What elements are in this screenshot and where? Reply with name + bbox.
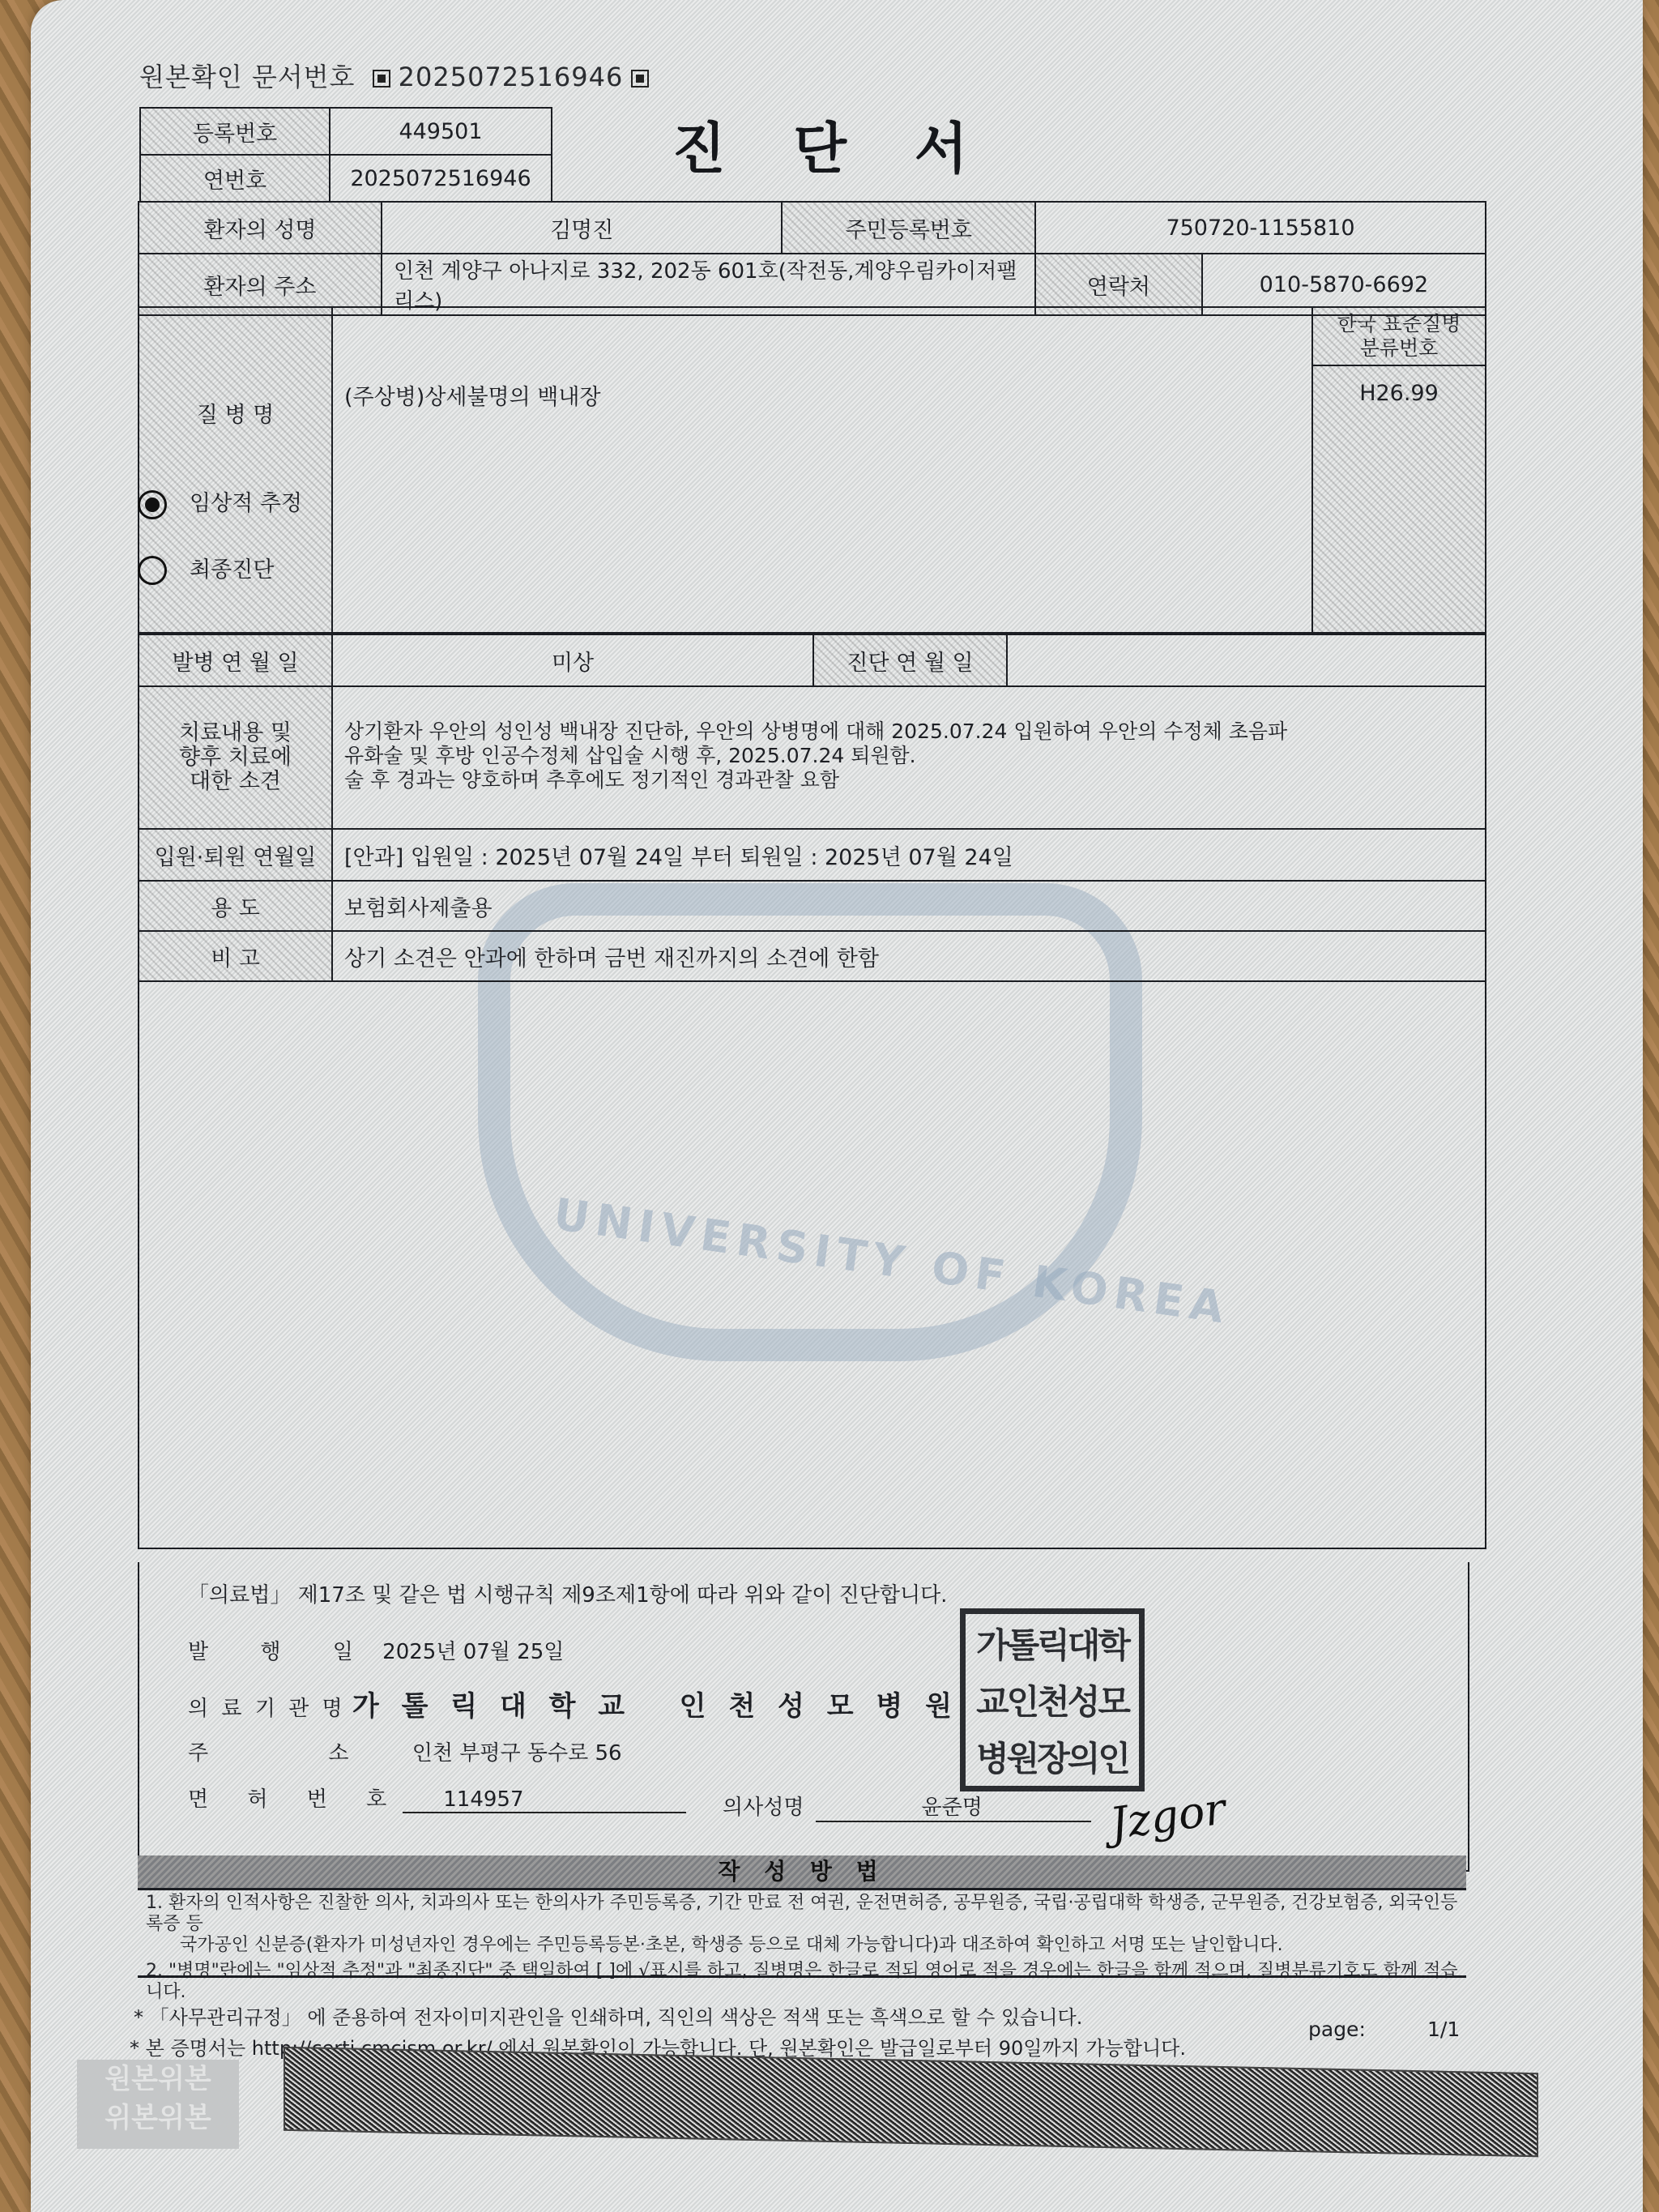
kcd-code-header: 한국 표준질병 분류번호 — [1312, 307, 1486, 365]
blank-area — [139, 981, 1486, 1548]
institution-address: 인천 부평구 동수로 56 — [412, 1741, 622, 1766]
radio-selected-icon — [138, 490, 167, 519]
divider — [138, 1975, 1466, 1978]
patient-name-value: 김명진 — [382, 202, 783, 254]
treatment-line: 술 후 경과는 양호하며 추후에도 정기적인 경과관찰 요함 — [344, 768, 1480, 792]
diagnosis-table: 질 병 명 임상적 추정 최종진단 (주상병)상세불명의 백내장 한국 표준질병… — [138, 306, 1486, 634]
reg-no-label: 등록번호 — [140, 108, 330, 155]
purpose-value: 보험회사제출용 — [332, 881, 1486, 931]
kcd-code-value: H26.99 — [1312, 365, 1486, 633]
serial-label: 연번호 — [140, 155, 330, 202]
license-row: 면 허 번 호114957 — [188, 1783, 686, 1813]
onset-date-value: 미상 — [332, 634, 813, 686]
diagnosis-label: 질 병 명 — [144, 397, 326, 429]
treatment-line: 상기환자 우안의 성인성 백내장 진단하, 우안의 상병명에 대해 2025.0… — [344, 720, 1480, 744]
diagnosis-date-value — [1007, 634, 1486, 686]
remarks-value: 상기 소견은 안과에 한하며 금번 재진까지의 소견에 한함 — [332, 931, 1486, 981]
dates-table: 발병 연 월 일 미상 진단 연 월 일 — [138, 634, 1486, 687]
instructions-title: 작 성 방 법 — [138, 1855, 1466, 1888]
rrn-value: 750720-1155810 — [1035, 202, 1486, 254]
copy-guard-mark: 원본위본 위본위본 — [77, 2060, 239, 2149]
patient-name-label: 환자의 성명 — [139, 202, 382, 254]
treatment-label: 치료내용 및 향후 치료에 대한 소견 — [139, 686, 332, 829]
treatment-opinion: 상기환자 우안의 성인성 백내장 진단하, 우안의 상병명에 대해 2025.0… — [332, 686, 1486, 829]
remarks-label: 비 고 — [139, 931, 332, 981]
legal-statement: 「의료법」 제17조 및 같은 법 시행규칙 제9조제1항에 따라 위와 같이 … — [188, 1578, 947, 1608]
instructions-list: 1. 환자의 인적사항은 진찰한 의사, 치과의사 또는 한의사가 주민등록증,… — [146, 1893, 1474, 2003]
instruction-item: 국가공인 신분증(환자가 미성년자인 경우에는 주민등록등본·초본, 학생증 등… — [146, 1935, 1474, 1956]
square-marker-icon — [373, 70, 390, 88]
issue-date: 2025년 07월 25일 — [382, 1640, 564, 1664]
instruction-item: 1. 환자의 인적사항은 진찰한 의사, 치과의사 또는 한의사가 주민등록증,… — [146, 1893, 1474, 1935]
serial-value: 2025072516946 — [330, 155, 552, 202]
doctor-name: 윤준명 — [816, 1791, 1091, 1822]
doc-number: 2025072516946 — [399, 62, 624, 92]
radio-final-diagnosis[interactable]: 최종진단 — [138, 552, 326, 586]
diagnosis-text: (주상병)상세불명의 백내장 — [332, 307, 1312, 633]
registration-table: 등록번호449501 연번호2025072516946 — [139, 107, 552, 203]
attestation-box: 「의료법」 제17조 및 같은 법 시행규칙 제9조제1항에 따라 위와 같이 … — [138, 1562, 1469, 1872]
footer-note-seal: * 「사무관리규정」 에 준용하여 전자이미지관인을 인쇄하며, 직인의 색상은… — [134, 2001, 1082, 2030]
document-number-line: 원본확인 문서번호 2025072516946 — [139, 57, 657, 94]
patient-table: 환자의 성명 김명진 주민등록번호 750720-1155810 환자의 주소 … — [138, 201, 1486, 316]
treatment-table: 치료내용 및 향후 치료에 대한 소견 상기환자 우안의 성인성 백내장 진단하… — [138, 685, 1486, 1549]
rrn-label: 주민등록번호 — [782, 202, 1035, 254]
treatment-line: 유화술 및 후방 인공수정체 삽입술 시행 후, 2025.07.24 퇴원함. — [344, 744, 1480, 768]
diagnosis-date-label: 진단 연 월 일 — [813, 634, 1007, 686]
institution-row: 의 료 기 관 명 가 톨 릭 대 학 교 인 천 성 모 병 원 — [188, 1684, 958, 1723]
doctor-row: 의사성명윤준명 — [723, 1791, 1091, 1822]
page-label: page: — [1308, 2018, 1366, 2041]
purpose-label: 용 도 — [139, 881, 332, 931]
page-number: 1/1 — [1427, 2018, 1460, 2041]
license-number: 114957 — [403, 1787, 686, 1813]
radio-clinical-estimate[interactable]: 임상적 추정 — [138, 485, 326, 519]
admission-dates: [안과] 입원일 : 2025년 07월 24일 부터 퇴원일 : 2025년 … — [332, 829, 1486, 881]
diagnosis-label-cell: 질 병 명 임상적 추정 최종진단 — [139, 307, 332, 633]
hospital-seal-stamp: 가톨릭대학 교인천성모 병원장의인 — [960, 1608, 1145, 1791]
square-marker-icon — [631, 70, 649, 88]
issue-date-row: 발 행 일 2025년 07월 25일 — [188, 1635, 564, 1665]
admission-label: 입원·퇴원 연월일 — [139, 829, 332, 881]
page-title: 진 단 서 — [672, 105, 992, 184]
instruction-item: 2. "병명"란에는 "임상적 추정"과 "최종진단" 중 택일하여 [ ]에 … — [146, 1961, 1474, 2003]
instructions-header-bar: 작 성 방 법 — [138, 1855, 1466, 1890]
institution-name: 가 톨 릭 대 학 교 인 천 성 모 병 원 — [352, 1690, 958, 1723]
institution-address-row: 주 소 인천 부평구 동수로 56 — [188, 1736, 622, 1766]
onset-date-label: 발병 연 월 일 — [139, 634, 332, 686]
doc-check-label: 원본확인 문서번호 — [139, 62, 355, 92]
radio-unselected-icon — [138, 556, 167, 585]
reg-no-value: 449501 — [330, 108, 552, 155]
